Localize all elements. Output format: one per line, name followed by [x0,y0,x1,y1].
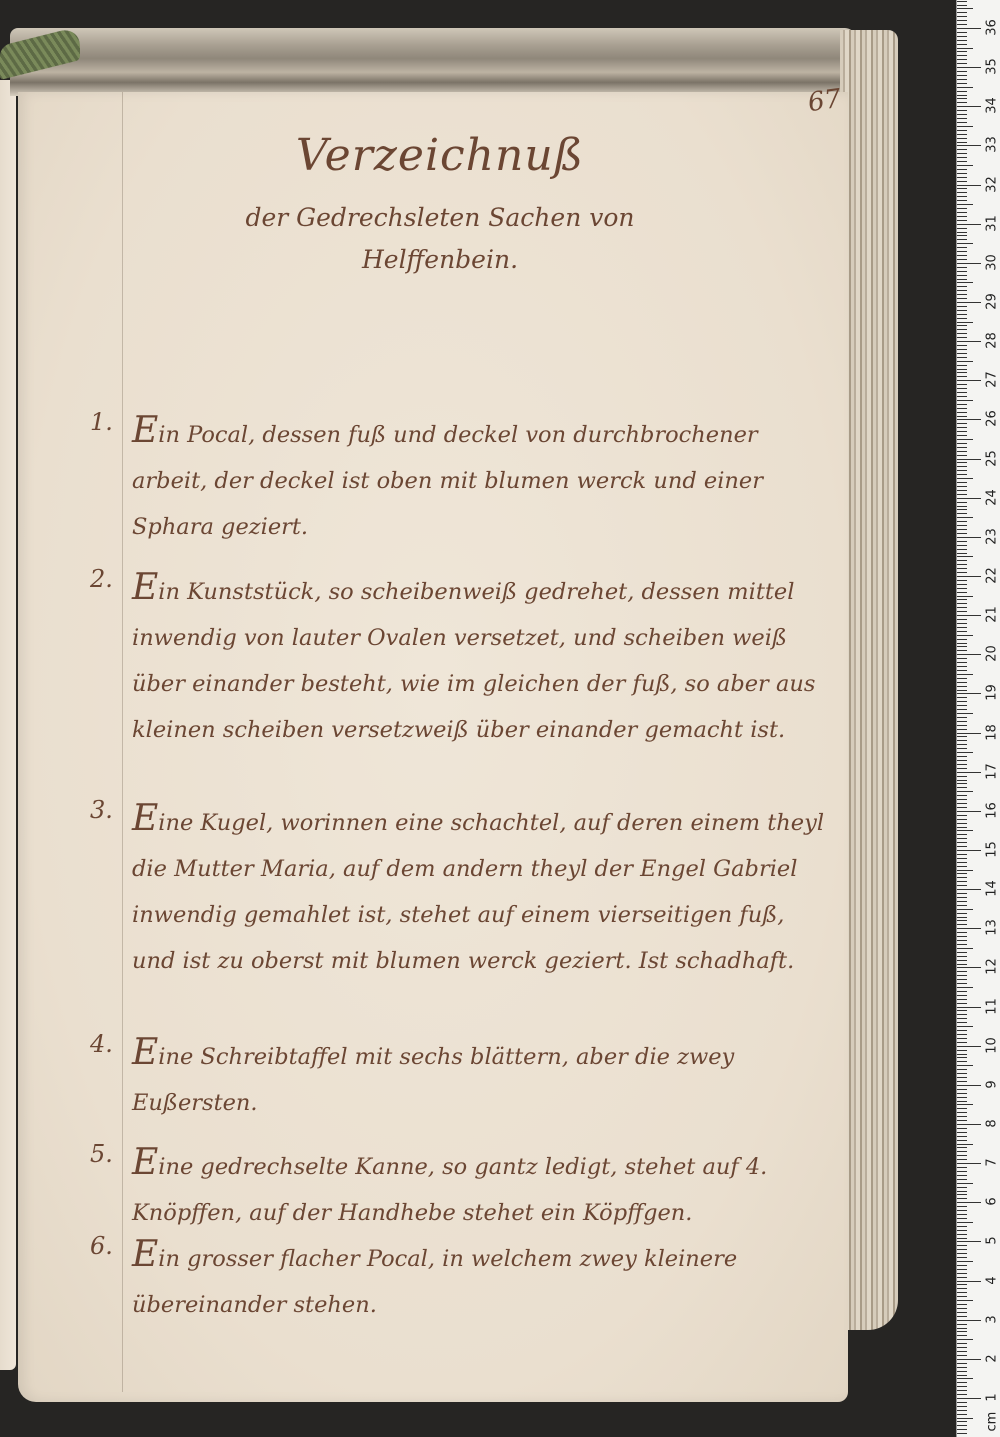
ruler-tick [957,1421,967,1422]
ruler-label: 27 [985,371,1000,389]
ruler-tick [957,560,967,561]
ruler-tick [957,412,967,413]
ruler-tick [957,862,967,863]
ruler-tick [957,842,967,843]
ruler-tick [957,928,981,929]
ruler-tick [957,1335,967,1336]
ruler-tick [957,1210,967,1211]
ruler-tick [957,1089,967,1090]
ruler-tick [957,1394,967,1395]
ruler-tick [957,267,967,268]
ruler-tick [957,783,967,784]
ruler-label: 10 [985,1036,1000,1054]
ruler-tick [957,1398,981,1399]
ruler-tick [957,204,973,205]
ruler-tick [957,482,967,483]
entry-number: 4. [90,1030,113,1058]
ruler-tick [957,1007,981,1008]
ruler-tick [957,670,967,671]
ruler-tick [957,889,981,890]
ruler-label: 7 [985,1154,1000,1172]
ruler-tick [957,1371,967,1372]
ruler-label: 22 [985,567,1000,585]
ruler-tick [957,118,967,119]
ruler-tick [957,1339,973,1340]
ruler-tick [957,533,967,534]
ruler-label: 11 [985,997,1000,1015]
ruler-tick [957,1249,967,1250]
ruler-tick [957,134,967,135]
ruler-tick [957,67,981,68]
book-fore-edge [840,30,898,1330]
ruler-tick [957,235,967,236]
ruler-tick [957,130,967,131]
ruler-tick [957,545,967,546]
ruler-tick [957,87,973,88]
ruler-tick [957,75,967,76]
ruler-tick [957,255,967,256]
ruler-tick [957,357,967,358]
ruler-tick [957,603,967,604]
ruler-tick [957,1104,973,1105]
ruler-tick [957,451,967,452]
ruler-tick [957,1375,967,1376]
ruler-tick [957,470,967,471]
ruler-tick [957,1003,967,1004]
ruler-tick [957,83,967,84]
ruler-tick [957,1167,967,1168]
ruler-tick [957,960,967,961]
ruler-tick [957,846,967,847]
ruler-tick [957,325,967,326]
ruler-label: 26 [985,410,1000,428]
subtitle-line-2: Helffenbein. [230,239,650,281]
entry-2: 2. Ein Kunststück, so scheibenweiß gedre… [90,565,830,753]
ruler-tick [957,611,967,612]
ruler-tick [957,1057,967,1058]
ruler-label: 1 [985,1389,1000,1407]
ruler-tick [957,525,967,526]
ruler-tick [957,1300,973,1301]
ruler-tick [957,1386,967,1387]
ruler-tick [957,580,967,581]
ruler-tick [957,1097,967,1098]
ruler-tick [957,1155,967,1156]
ruler-tick [957,541,967,542]
ruler-tick [957,733,981,734]
ruler-tick [957,1042,967,1043]
ruler-tick [957,1230,967,1231]
ruler-tick [957,643,967,644]
ruler-tick [957,654,981,655]
ruler-tick [957,572,967,573]
entry-number: 6. [90,1232,113,1260]
ruler-tick [957,439,973,440]
ruler-tick [957,627,967,628]
ruler-tick [957,24,967,25]
ruler-tick [957,28,981,29]
ruler-tick [957,306,967,307]
ruler-tick [957,1328,967,1329]
ruler-tick [957,1425,967,1426]
ruler-tick [957,995,967,996]
ruler-tick [957,1022,967,1023]
ruler-tick [957,721,967,722]
ruler-tick [957,615,981,616]
ruler-label: 35 [985,58,1000,76]
ruler-tick [957,1050,967,1051]
ruler-tick [957,40,967,41]
ruler-tick [957,819,967,820]
ruler-tick [957,1406,967,1407]
ruler-tick [957,803,967,804]
ruler-tick [957,224,981,225]
ruler-tick [957,756,967,757]
ruler-tick [957,932,967,933]
ruler-tick [957,337,967,338]
entry-text: Eine Schreibtaffel mit sechs blättern, a… [132,1030,830,1126]
ruler-tick [957,32,967,33]
ruler-tick [957,1390,967,1391]
ruler-tick [957,1034,967,1035]
ruler-tick [957,1163,981,1164]
ruler-tick [957,975,967,976]
ruler-tick [957,717,967,718]
ruler-tick [957,1414,967,1415]
ruler-tick [957,893,967,894]
ruler-tick [957,917,967,918]
ruler-tick [957,388,967,389]
ruler-tick [957,447,967,448]
ruler-tick [957,98,967,99]
ruler-tick [957,1101,967,1102]
ruler-tick [957,736,967,737]
ruler-tick [957,349,967,350]
ruler-tick [957,177,967,178]
ruler-tick [957,1202,981,1203]
ruler-tick [957,592,967,593]
ruler-tick [957,1081,967,1082]
ruler-tick [957,1324,967,1325]
ruler-tick [957,619,967,620]
ruler-tick [957,1132,967,1133]
ruler-label: 18 [985,723,1000,741]
ruler-tick [957,263,981,264]
ruler-tick [957,59,967,60]
ruler-tick [957,662,967,663]
ruler-tick [957,1429,967,1430]
entry-5: 5. Eine gedrechselte Kanne, so gantz led… [90,1140,830,1236]
ruler-tick [957,838,967,839]
ruler-tick [957,987,973,988]
ruler-tick [957,537,981,538]
ruler-tick [957,302,981,303]
ruler-tick [957,369,967,370]
ruler-tick [957,138,967,139]
ruler-tick [957,877,967,878]
ruler-tick [957,576,981,577]
ruler-tick [957,1171,967,1172]
ruler-tick [957,924,967,925]
ruler-tick [957,259,967,260]
ruler-tick [957,815,967,816]
entry-text: Ein grosser flacher Pocal, in welchem zw… [132,1232,830,1328]
ruler-tick [957,764,967,765]
ruler-tick [957,165,973,166]
ruler-tick [957,1433,967,1434]
ruler-label: 15 [985,841,1000,859]
ruler-tick [957,290,967,291]
ruler-tick [957,944,967,945]
ruler-tick [957,1077,967,1078]
ruler-tick [957,807,967,808]
ruler-tick [957,646,967,647]
ruler-tick [957,12,967,13]
ruler-tick [957,1402,967,1403]
ruler-tick [957,588,967,589]
ruler-tick [957,126,973,127]
folio-number: 67 [806,84,843,118]
entry-number: 2. [90,565,113,593]
ruler-tick [957,149,967,150]
ruler-tick [957,384,967,385]
ruler-tick [957,850,981,851]
ruler-tick [957,658,967,659]
ruler-tick [957,748,967,749]
ruler-tick [957,952,967,953]
entry-text: Ein Kunststück, so scheibenweiß gedrehet… [132,565,830,753]
ruler-tick [957,1136,967,1137]
ruler-tick [957,1218,967,1219]
ruler-tick [957,584,967,585]
ruler-tick [957,999,967,1000]
ruler-tick [957,701,967,702]
ruler-tick [957,1144,973,1145]
ruler-label: 19 [985,684,1000,702]
ruler-label: 25 [985,449,1000,467]
ruler-tick [957,1343,967,1344]
entry-3: 3. Eine Kugel, worinnen eine schachtel, … [90,796,830,984]
ruler-tick [957,1124,981,1125]
ruler-tick [957,631,967,632]
ruler-tick [957,1304,967,1305]
ruler-tick [957,909,973,910]
ruler-unit-label: cm [985,1414,1000,1432]
ruler-tick [957,1288,967,1289]
ruler-tick [957,122,967,123]
ruler-tick [957,502,967,503]
ruler-tick [957,8,973,9]
ruler-tick [957,521,967,522]
ruler-label: 9 [985,1075,1000,1093]
ruler-tick [957,964,967,965]
ruler-tick [957,772,981,773]
ruler-tick [957,494,967,495]
ruler-tick [957,1093,967,1094]
ruler-tick [957,1378,973,1379]
ruler-tick [957,1046,981,1047]
ruler-tick [957,1065,973,1066]
ruler-tick [957,635,973,636]
ruler-tick [957,881,967,882]
ruler-label: 33 [985,136,1000,154]
ruler-tick [957,596,973,597]
ruler-tick [957,474,967,475]
ruler-label: 8 [985,1115,1000,1133]
ruler-tick [957,1222,973,1223]
ruler-tick [957,948,973,949]
ruler-tick [957,1194,967,1195]
ruler-tick [957,956,967,957]
ruler-label: 14 [985,880,1000,898]
ruler-tick [957,376,967,377]
ruler-tick [957,455,967,456]
ruler-tick [957,478,973,479]
ruler-tick [957,983,967,984]
entry-4: 4. Eine Schreibtaffel mit sechs blättern… [90,1030,830,1126]
ruler-tick [957,1269,967,1270]
ruler-tick [957,443,967,444]
ruler-tick [957,834,967,835]
entry-number: 3. [90,796,113,824]
ruler-tick [957,607,967,608]
ruler-tick [957,55,967,56]
ruler-tick [957,106,981,107]
book-top-edge [10,28,855,96]
ruler-tick [957,1359,981,1360]
ruler-label: 3 [985,1310,1000,1328]
ruler-tick [957,1226,967,1227]
ruler-tick [957,110,967,111]
ruler-label: 16 [985,801,1000,819]
ruler-tick [957,506,967,507]
ruler-label: 20 [985,645,1000,663]
ruler-tick [957,791,973,792]
ruler-label: 32 [985,175,1000,193]
ruler-tick [957,666,967,667]
ruler-tick [957,509,967,510]
ruler-tick [957,79,967,80]
ruler-tick [957,979,967,980]
ruler-tick [957,1014,967,1015]
ruler-tick [957,298,967,299]
ruler-tick [957,885,967,886]
entry-text: Eine Kugel, worinnen eine schachtel, auf… [132,796,830,984]
ruler-tick [957,318,967,319]
ruler-tick [957,1128,967,1129]
ruler-tick [957,220,967,221]
ruler-tick [957,239,967,240]
ruler-tick [957,1179,967,1180]
ruler-tick [957,568,967,569]
ruler-label: 31 [985,214,1000,232]
ruler-tick [957,48,973,49]
ruler-tick [957,1410,967,1411]
ruler-tick [957,157,967,158]
entry-text: Ein Pocal, dessen fuß und deckel von dur… [132,408,830,550]
entry-number: 1. [90,408,113,436]
ruler-tick [957,513,967,514]
ruler-tick [957,693,981,694]
ruler-label: 21 [985,606,1000,624]
ruler-tick [957,275,967,276]
ruler-tick [957,228,967,229]
ruler-tick [957,744,967,745]
ruler-tick [957,686,967,687]
page-title: Verzeichnuß [230,130,650,181]
ruler-tick [957,729,967,730]
ruler-tick [957,967,981,968]
ruler-tick [957,1245,967,1246]
ruler-label: 13 [985,919,1000,937]
ruler-tick [957,639,967,640]
ruler-tick [957,212,967,213]
ruler-label: 34 [985,97,1000,115]
ruler-tick [957,1010,967,1011]
ruler-tick [957,333,967,334]
ruler-tick [957,905,967,906]
ruler-label: 12 [985,958,1000,976]
ruler-tick [957,866,967,867]
ruler-tick [957,431,967,432]
ruler-tick [957,1151,967,1152]
ruler-tick [957,697,967,698]
ruler-tick [957,740,967,741]
ruler-tick [957,1085,981,1086]
ruler-tick [957,114,967,115]
ruler-tick [957,991,967,992]
ruler-tick [957,153,967,154]
ruler-tick [957,392,967,393]
ruler-label: 6 [985,1193,1000,1211]
ruler-tick [957,365,967,366]
ruler-tick [957,1116,967,1117]
ruler-tick [957,102,967,103]
ruler-tick [957,1238,967,1239]
ruler-tick [957,1296,967,1297]
ruler-tick [957,854,967,855]
ruler-tick [957,1265,967,1266]
ruler-tick [957,623,967,624]
ruler-tick [957,752,973,753]
ruler-tick [957,161,967,162]
ruler-tick [957,200,967,201]
ruler-tick [957,1347,967,1348]
ruler-tick [957,780,967,781]
ruler-tick [957,858,967,859]
ruler-tick [957,811,981,812]
ruler-label: 23 [985,527,1000,545]
measurement-ruler: cm 1234567891011121314151617181920212223… [956,0,1000,1437]
ruler-tick [957,549,967,550]
ruler-tick [957,1363,967,1364]
ruler-tick [957,897,967,898]
ruler-tick [957,674,973,675]
ruler-tick [957,678,967,679]
ruler-tick [957,1292,967,1293]
ruler-tick [957,173,967,174]
ruler-tick [957,901,967,902]
ruler-tick [957,713,973,714]
ruler-tick [957,251,967,252]
ruler-tick [957,271,967,272]
ruler-tick [957,1061,967,1062]
ruler-tick [957,529,967,530]
ruler-tick [957,776,967,777]
ruler-tick [957,1234,967,1235]
ruler-label: 36 [985,19,1000,37]
entry-6: 6. Ein grosser flacher Pocal, in welchem… [90,1232,830,1328]
